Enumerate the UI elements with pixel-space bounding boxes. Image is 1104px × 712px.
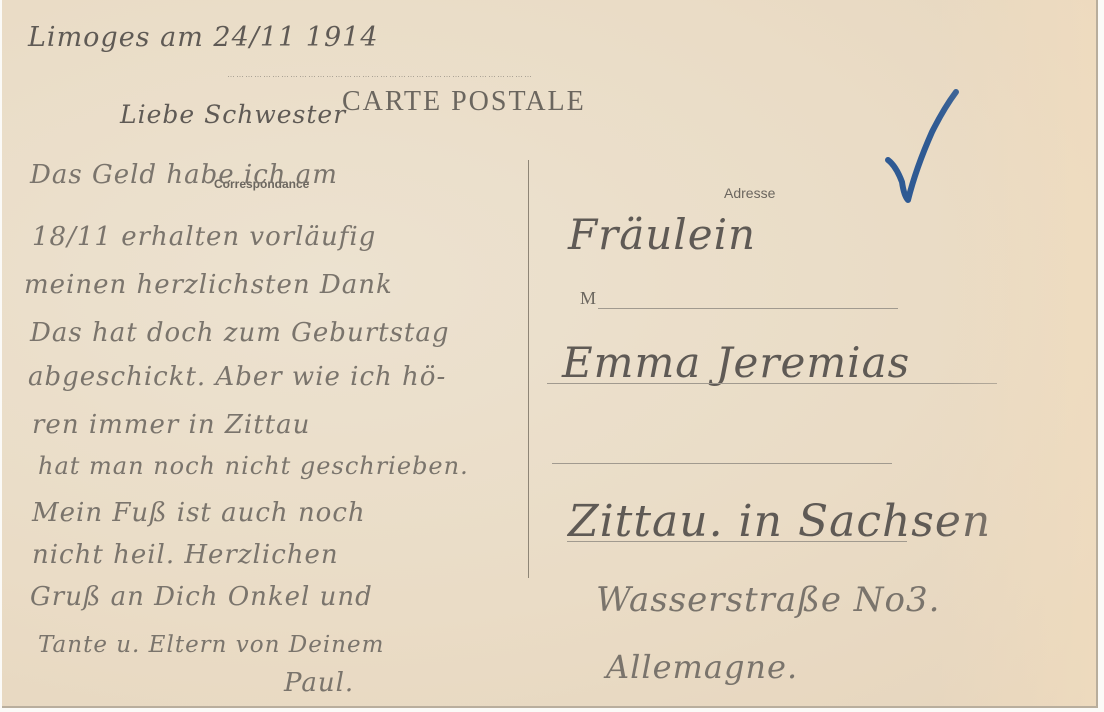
check-mark-icon (882, 88, 962, 208)
message-line-3: meinen herzlichsten Dank (24, 270, 393, 300)
m-prefix: M (580, 288, 596, 309)
address-country: Allemagne. (606, 648, 798, 686)
address-city: Zittau. in Sachsen (568, 496, 991, 547)
message-line-7: hat man noch nicht geschrieben. (38, 452, 469, 480)
message-line-1: Das Geld habe ich am (30, 160, 338, 190)
postcard-back: Limoges am 24/11 1914 ………………………………………………… (2, 0, 1098, 708)
address-line-2 (547, 383, 997, 384)
greeting: Liebe Schwester (120, 100, 346, 129)
address-label: Adresse (724, 185, 775, 201)
message-line-5: abgeschickt. Aber wie ich hö- (28, 362, 446, 392)
address-line-4 (567, 541, 907, 542)
printed-header-small: ………………………………………………………………………………………… (227, 70, 872, 80)
signature: Paul. (284, 668, 354, 698)
card-title: CARTE POSTALE (342, 86, 586, 118)
message-line-6: ren immer in Zittau (32, 410, 310, 440)
address-line-3 (552, 463, 892, 464)
message-line-4: Das hat doch zum Geburtstag (30, 318, 450, 348)
message-line-10: Gruß an Dich Onkel und (30, 582, 373, 612)
center-divider (528, 160, 529, 578)
message-line-11: Tante u. Eltern von Deinem (38, 632, 384, 658)
address-name: Emma Jeremias (562, 338, 910, 387)
address-street: Wasserstraße No3. (596, 580, 940, 620)
message-line-9: nicht heil. Herzlichen (32, 540, 339, 570)
address-line-1 (598, 308, 898, 309)
message-line-8: Mein Fuß ist auch noch (32, 498, 366, 528)
address-salutation: Fräulein (568, 210, 756, 259)
message-line-2: 18/11 erhalten vorläufig (32, 222, 376, 252)
date-line: Limoges am 24/11 1914 (28, 22, 379, 53)
